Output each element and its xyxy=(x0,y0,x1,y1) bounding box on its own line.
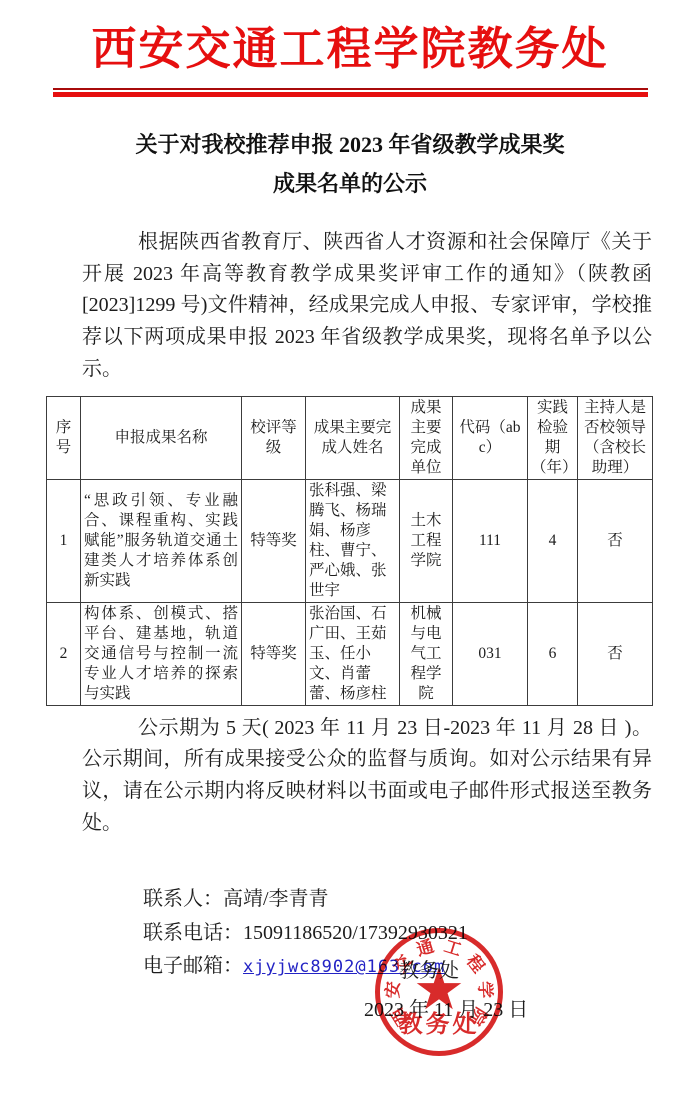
contact-person-label: 联系人： xyxy=(143,888,223,910)
contact-phone-label: 联系电话： xyxy=(143,922,243,944)
seal-arc-char: 学 xyxy=(476,981,494,999)
intro-paragraph: 根据陕西省教育厅、陕西省人才资源和社会保障厅《关于开展 2023 年高等教育教学… xyxy=(82,227,652,386)
row1-achievement-name: “思政引领、专业融合、课程重构、实践赋能”服务轨道交通土建类人才培养体系创新实践 xyxy=(81,479,242,602)
header-serial-number: 序号 xyxy=(47,396,81,479)
contact-person-line: 联系人：高靖/李青青 xyxy=(143,883,700,917)
seal-star-icon: ★ xyxy=(413,960,465,1018)
header-school-grade: 校评等级 xyxy=(242,396,306,479)
row1-main-unit: 土木工程学院 xyxy=(400,479,453,602)
row1-leader-flag: 否 xyxy=(578,479,653,602)
row2-school-grade: 特等奖 xyxy=(242,602,306,705)
row1-practice-years: 4 xyxy=(528,479,578,602)
seal-arc-char: 安 xyxy=(384,981,402,999)
contact-person-value: 高靖/李青青 xyxy=(223,888,329,910)
contact-email-label: 电子邮箱： xyxy=(143,955,243,977)
row2-practice-years: 6 xyxy=(528,602,578,705)
row1-main-members: 张科强、梁腾飞、杨瑞娟、杨彦柱、曹宁、严心娥、张世宇 xyxy=(306,479,400,602)
official-seal: 西安交通工程学院 ★ 教务处 xyxy=(375,928,503,1056)
table-header-row: 序号 申报成果名称 校评等级 成果主要完成人姓名 成果主要完成单位 代码（abc… xyxy=(47,396,653,479)
header-main-unit: 成果主要完成单位 xyxy=(400,396,453,479)
row1-serial-number: 1 xyxy=(47,479,81,602)
row1-code: 111 xyxy=(453,479,528,602)
header-achievement-name: 申报成果名称 xyxy=(81,396,242,479)
document-title-line2: 成果名单的公示 xyxy=(0,164,700,203)
row2-leader-flag: 否 xyxy=(578,602,653,705)
row2-serial-number: 2 xyxy=(47,602,81,705)
header-main-members: 成果主要完成人姓名 xyxy=(306,396,400,479)
masthead-title: 西安交通工程学院教务处 xyxy=(0,0,700,76)
row1-school-grade: 特等奖 xyxy=(242,479,306,602)
masthead-rule-thick-line xyxy=(53,92,648,97)
seal-center-text: 教务处 xyxy=(399,1013,480,1037)
masthead-rule xyxy=(53,88,648,97)
row2-main-unit: 机械与电气工程学院 xyxy=(400,602,453,705)
row2-code: 031 xyxy=(453,602,528,705)
header-code: 代码（abc） xyxy=(453,396,528,479)
table-row: 2 构体系、创模式、搭平台、建基地，轨道交通信号与控制一流专业人才培养的探索与实… xyxy=(47,602,653,705)
notice-paragraph: 公示期为 5 天( 2023 年 11 月 23 日-2023 年 11 月 2… xyxy=(82,713,652,840)
header-leader-flag: 主持人是否校领导（含校长助理） xyxy=(578,396,653,479)
header-practice-years: 实践检验期（年） xyxy=(528,396,578,479)
document-title: 关于对我校推荐申报 2023 年省级教学成果奖 成果名单的公示 xyxy=(0,125,700,203)
document-title-line1: 关于对我校推荐申报 2023 年省级教学成果奖 xyxy=(0,125,700,164)
results-table: 序号 申报成果名称 校评等级 成果主要完成人姓名 成果主要完成单位 代码（abc… xyxy=(46,396,653,706)
row2-achievement-name: 构体系、创模式、搭平台、建基地，轨道交通信号与控制一流专业人才培养的探索与实践 xyxy=(81,602,242,705)
masthead-rule-thin-line xyxy=(53,88,648,90)
table-row: 1 “思政引领、专业融合、课程重构、实践赋能”服务轨道交通土建类人才培养体系创新… xyxy=(47,479,653,602)
row2-main-members: 张治国、石广田、王茹玉、任小文、肖蕾蕾、杨彦柱 xyxy=(306,602,400,705)
notice-document-page: { "masthead": { "title": "西安交通工程学院教务处", … xyxy=(0,0,700,1093)
